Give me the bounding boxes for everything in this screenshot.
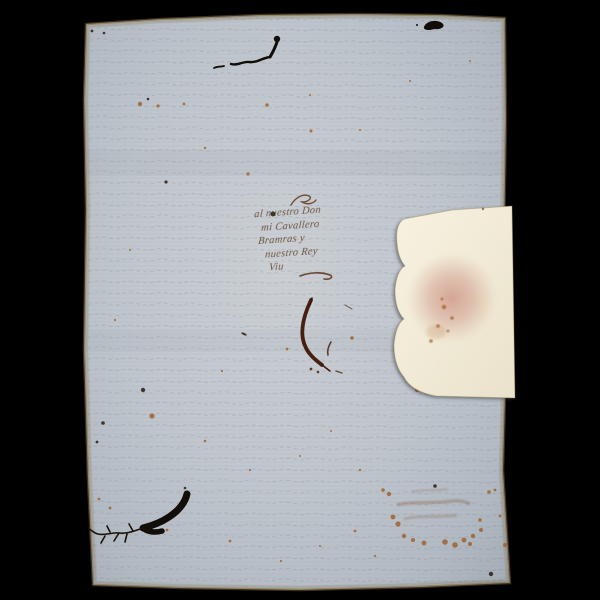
- address-block: al nuestro Don mi Cavallero Bramras y nu…: [254, 200, 378, 276]
- tonal-band: [80, 150, 516, 176]
- seal-patch: [394, 206, 515, 398]
- manuscript-photo: [0, 0, 600, 600]
- photo-frame: al nuestro Don mi Cavallero Bramras y nu…: [0, 0, 600, 600]
- seal-stain: [406, 252, 498, 344]
